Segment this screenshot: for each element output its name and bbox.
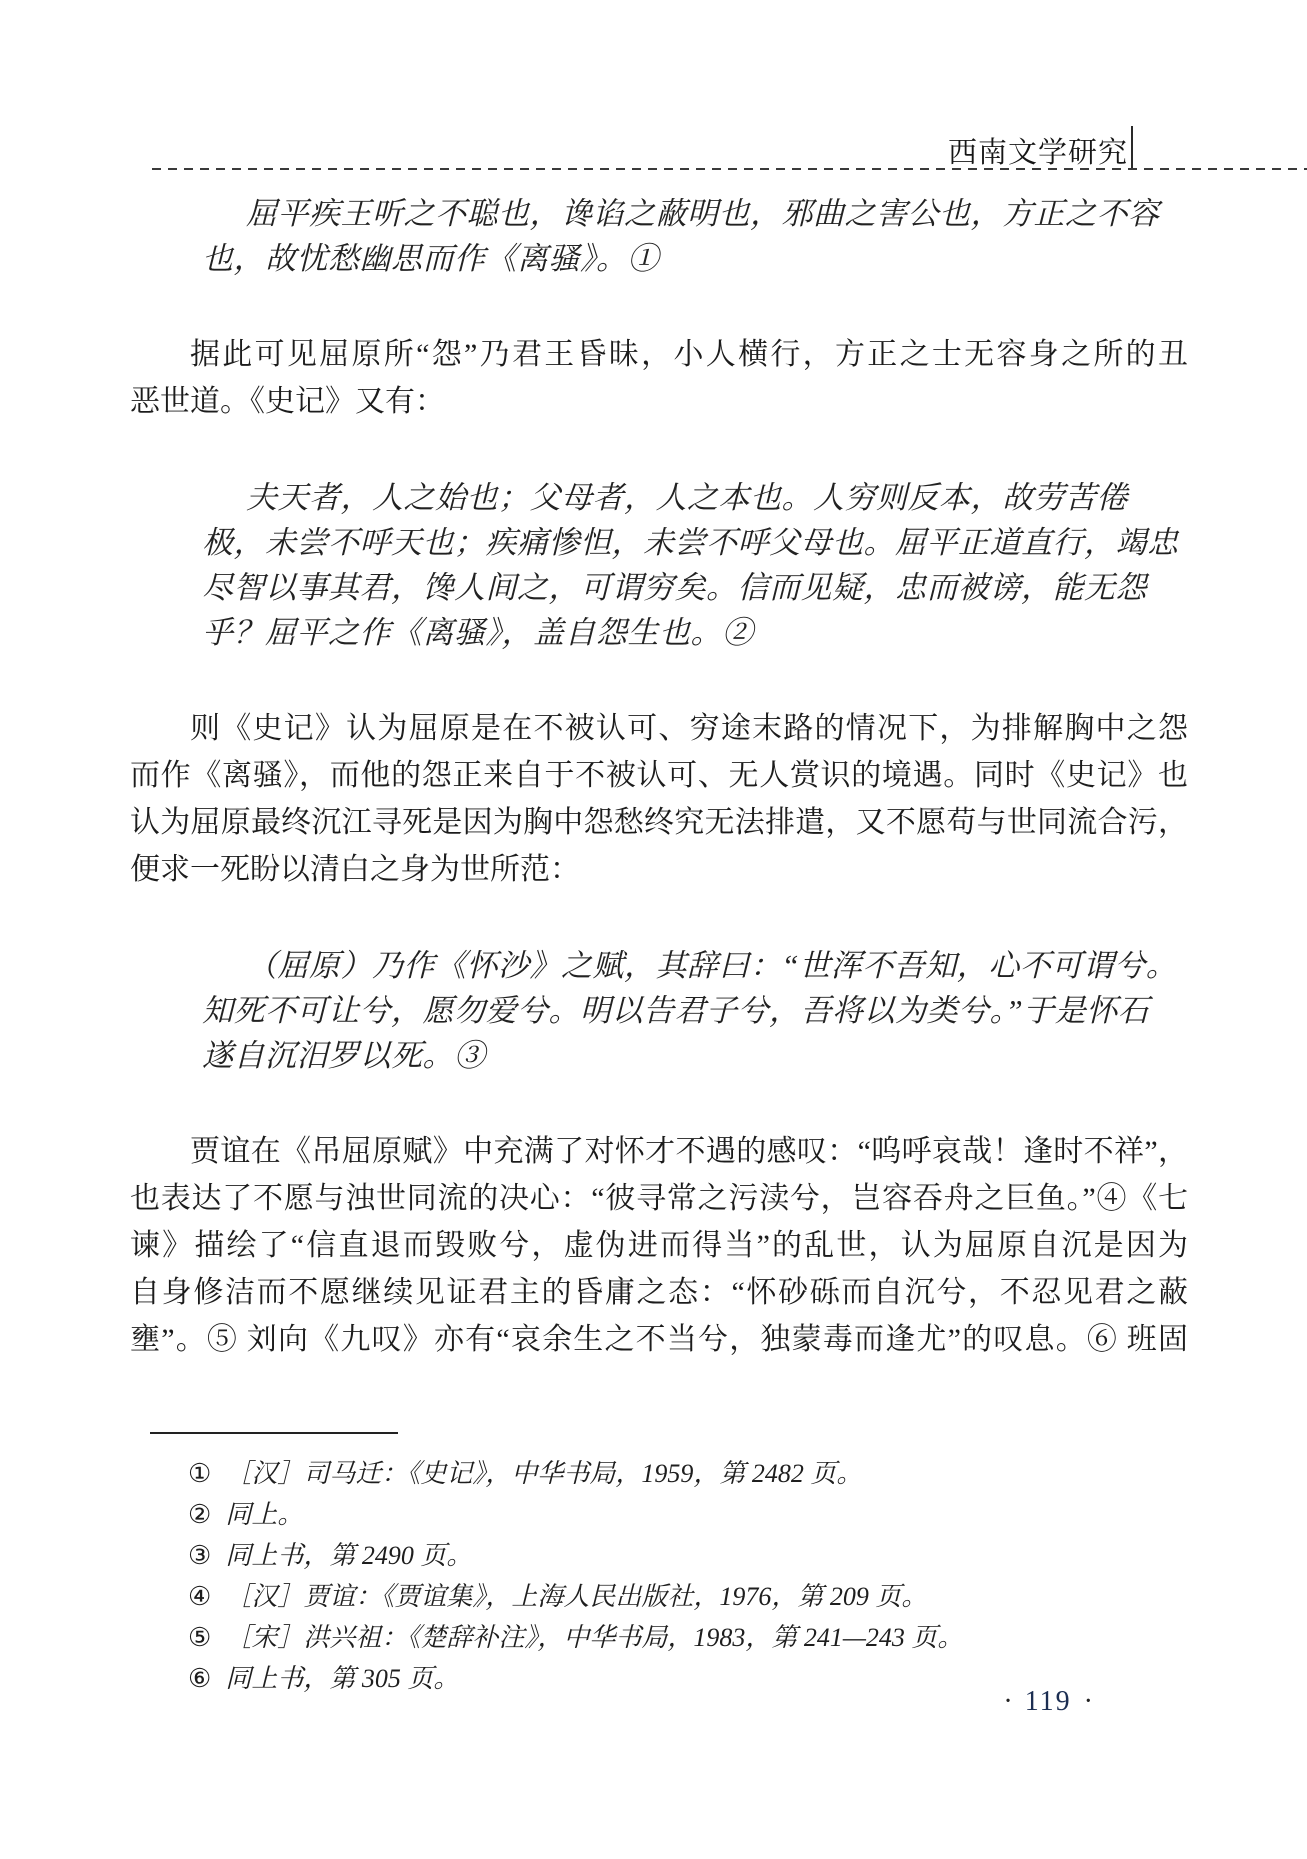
quote-line: 知死不可让兮，愿勿爱兮。明以告君子兮，吾将以为类兮。”于是怀石 [202, 988, 1188, 1033]
footnote-marker: ① [188, 1453, 211, 1494]
footnote-separator-rule [150, 1432, 398, 1434]
running-head-title: 西南文学研究 [948, 130, 1128, 171]
footnote-marker: ② [188, 1494, 211, 1535]
header-vertical-rule [1131, 126, 1133, 169]
footnote-marker: ④ [188, 1576, 211, 1617]
footnote-marker: ③ [188, 1535, 211, 1576]
paragraph-line: 贾谊在《吊屈原赋》中充满了对怀才不遇的感叹：“呜呼哀哉！逢时不祥”， [130, 1128, 1188, 1175]
footnote-row: ③同上书，第 2490 页。 [130, 1535, 1190, 1576]
block-paragraph-jiayi: 贾谊在《吊屈原赋》中充满了对怀才不遇的感叹：“呜呼哀哉！逢时不祥”， 也表达了不… [130, 1128, 1188, 1363]
page-number-left-dot: · [1003, 1686, 1012, 1717]
block-paragraph-commentary-1: 据此可见屈原所“怨”乃君王昏昧，小人横行，方正之士无容身之所的丑 恶世道。《史记… [130, 331, 1188, 425]
paragraph-line: 也表达了不愿与浊世同流的决心：“彼寻常之污渎兮，岂容吞舟之巨鱼。”④《七 [130, 1175, 1188, 1222]
footnote-text: ［宋］洪兴祖：《楚辞补注》，中华书局，1983，第 241—243 页。 [225, 1623, 963, 1652]
footnote-row: ①［汉］司马迁：《史记》，中华书局，1959，第 2482 页。 [130, 1453, 1190, 1494]
quote-line: （屈原）乃作《怀沙》之赋，其辞曰：“世浑不吾知，心不可谓兮。 [202, 943, 1188, 988]
block-quote-shiji-1: 屈平疾王听之不聪也，谗谄之蔽明也，邪曲之害公也，方正之不容 也，故忧愁幽思而作《… [202, 191, 1188, 281]
footnote-row: ⑤［宋］洪兴祖：《楚辞补注》，中华书局，1983，第 241—243 页。 [130, 1617, 1190, 1658]
page-number: ·119· [991, 1686, 1105, 1718]
quote-line: 遂自沉汨罗以死。③ [202, 1033, 1188, 1078]
quote-line: 也，故忧愁幽思而作《离骚》。① [202, 236, 1188, 281]
page-number-right-dot: · [1084, 1686, 1093, 1717]
footnote-marker: ⑥ [188, 1658, 211, 1699]
quote-line: 屈平疾王听之不聪也，谗谄之蔽明也，邪曲之害公也，方正之不容 [202, 191, 1188, 236]
block-quote-shiji-2: 夫天者，人之始也；父母者，人之本也。人穷则反本，故劳苦倦 极，未尝不呼天也；疾痛… [202, 475, 1188, 655]
paragraph-line: 恶世道。《史记》又有： [130, 378, 1188, 425]
quote-line: 夫天者，人之始也；父母者，人之本也。人穷则反本，故劳苦倦 [202, 475, 1188, 520]
footnote-text: 同上书，第 305 页。 [225, 1664, 459, 1693]
quote-line: 乎？屈平之作《离骚》，盖自怨生也。② [202, 610, 1188, 655]
page-body: 屈平疾王听之不聪也，谗谄之蔽明也，邪曲之害公也，方正之不容 也，故忧愁幽思而作《… [130, 191, 1188, 1363]
footnote-marker: ⑤ [188, 1617, 211, 1658]
footnote-text: ［汉］贾谊：《贾谊集》，上海人民出版社，1976，第 209 页。 [225, 1582, 927, 1611]
footnote-row: ④［汉］贾谊：《贾谊集》，上海人民出版社，1976，第 209 页。 [130, 1576, 1190, 1617]
page-number-value: 119 [1025, 1686, 1072, 1717]
block-paragraph-commentary-2: 则《史记》认为屈原是在不被认可、穷途末路的情况下，为排解胸中之怨 而作《离骚》，… [130, 705, 1188, 893]
paragraph-line: 自身修洁而不愿继续见证君主的昏庸之态：“怀砂砾而自沉兮，不忍见君之蔽 [130, 1269, 1188, 1316]
footnote-text: 同上。 [225, 1500, 303, 1529]
block-quote-huaisha: （屈原）乃作《怀沙》之赋，其辞曰：“世浑不吾知，心不可谓兮。 知死不可让兮，愿勿… [202, 943, 1188, 1078]
footnote-text: 同上书，第 2490 页。 [225, 1541, 472, 1570]
quote-line: 尽智以事其君，馋人间之，可谓穷矣。信而见疑，忠而被谤，能无怨 [202, 565, 1188, 610]
header-dashed-rule [152, 168, 1307, 170]
paragraph-line: 谏》描绘了“信直退而毁败兮，虚伪进而得当”的乱世，认为屈原自沉是因为 [130, 1222, 1188, 1269]
footnote-text: ［汉］司马迁：《史记》，中华书局，1959，第 2482 页。 [225, 1459, 862, 1488]
paragraph-line: 便求一死盼以清白之身为世所范： [130, 846, 1188, 893]
paragraph-line: 认为屈原最终沉江寻死是因为胸中怨愁终究无法排遣，又不愿苟与世同流合污， [130, 799, 1188, 846]
document-page: 西南文学研究 屈平疾王听之不聪也，谗谄之蔽明也，邪曲之害公也，方正之不容 也，故… [0, 0, 1307, 1859]
quote-line: 极，未尝不呼天也；疾痛惨怛，未尝不呼父母也。屈平正道直行，竭忠 [202, 520, 1188, 565]
paragraph-line: 据此可见屈原所“怨”乃君王昏昧，小人横行，方正之士无容身之所的丑 [130, 331, 1188, 378]
paragraph-line: 则《史记》认为屈原是在不被认可、穷途末路的情况下，为排解胸中之怨 [130, 705, 1188, 752]
footnote-list: ①［汉］司马迁：《史记》，中华书局，1959，第 2482 页。 ②同上。 ③同… [130, 1453, 1190, 1699]
paragraph-line: 壅”。⑤ 刘向《九叹》亦有“哀余生之不当兮，独蒙毒而逢尤”的叹息。⑥ 班固 [130, 1316, 1188, 1363]
footnote-row: ②同上。 [130, 1494, 1190, 1535]
paragraph-line: 而作《离骚》，而他的怨正来自于不被认可、无人赏识的境遇。同时《史记》也 [130, 752, 1188, 799]
